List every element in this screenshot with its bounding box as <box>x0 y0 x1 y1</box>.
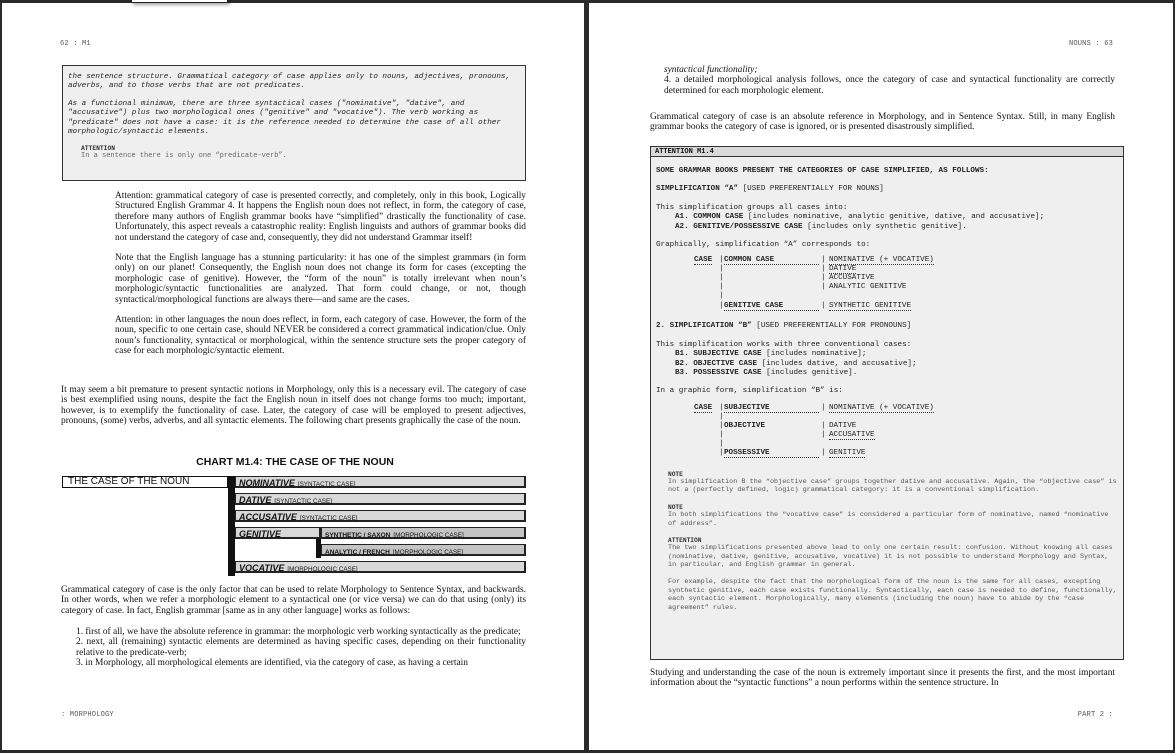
list-item: 4. a detailed morphological analysis fol… <box>664 75 1115 96</box>
graph-group: SUBJECTIVE <box>724 404 819 413</box>
continued-note-box: the sentence structure. Grammatical cate… <box>62 65 526 181</box>
graph-group: POSSESSIVE <box>724 449 819 458</box>
case-tag: [MORPHOLOGIC CASE] <box>287 566 357 573</box>
simplification-a-graph-lead: Graphically, simplification “A” correspo… <box>651 241 1123 250</box>
attention-box-title: ATTENTION M1.4 <box>651 147 1123 157</box>
graph-member: ACCUSATIVE <box>829 274 875 282</box>
attention-heading: ATTENTION <box>651 537 1123 544</box>
case-box-accusative: ACCUSATIVE[SYNTACTIC CASE] <box>235 510 526 522</box>
graph-group: COMMON CASE <box>724 256 819 265</box>
case-name: SYNTHETIC / SAXON <box>325 532 390 539</box>
item-desc: [includes nominative, analytic genitive,… <box>748 213 1044 221</box>
case-tag: [SYNTACTIC CASE] <box>300 515 358 522</box>
item-desc: [includes nominative]; <box>766 350 866 358</box>
page-header: NOUNS : 63 <box>1069 40 1113 48</box>
case-box-genitive: GENITIVE <box>235 527 321 539</box>
list-item-continued: syntactical functionality; <box>664 65 1115 75</box>
indent-paragraph: Note that the English language has a stu… <box>115 253 526 305</box>
case-name: NOMINATIVE <box>239 478 295 488</box>
page-header: 62 : M1 <box>60 40 91 48</box>
simplification-b-note: [USED PREFERENTIALLY FOR PRONOUNS] <box>756 322 911 330</box>
chart-root-box: THE CASE OF THE NOUN <box>62 476 228 488</box>
case-box-vocative: VOCATIVE[MORPHOLOGIC CASE] <box>235 561 526 573</box>
case-box-dative: DATIVE[SYNTACTIC CASE] <box>235 493 526 505</box>
graph-root: CASE <box>694 404 712 413</box>
case-box-nominative: NOMINATIVE[SYNTACTIC CASE] <box>235 476 526 488</box>
example-text: For example, despite the fact that the m… <box>651 578 1123 612</box>
graph-member: SYNTHETIC GENITIVE <box>829 302 911 311</box>
simplification-a-lead: This simplification groups all cases int… <box>651 204 1123 213</box>
simplification-b-lead: This simplification works with three con… <box>651 341 1123 350</box>
item-label: B2. OBJECTIVE CASE <box>675 360 757 368</box>
graph-a: CASE | COMMON CASE | | | | | GENITIVE CA… <box>651 250 1123 322</box>
genitive-subtype-box: SYNTHETIC / SAXON[MORPHOLOGIC CASE] <box>321 527 526 539</box>
note-text: As a functional minimum, there are three… <box>68 100 519 138</box>
list-item: 1. first of all, we have the absolute re… <box>76 627 526 637</box>
item-label: A1. COMMON CASE <box>675 213 743 221</box>
note-heading: NOTE <box>651 504 1123 511</box>
list-item: 3. in Morphology, all morphological elem… <box>76 658 526 668</box>
graph-member: NOMINATIVE (+ VOCATIVE) <box>829 256 934 265</box>
case-name: VOCATIVE <box>239 563 284 573</box>
graph-root: CASE <box>694 256 712 265</box>
item-desc: [includes genitive]. <box>766 369 857 377</box>
graph-member: ANALYTIC GENITIVE <box>829 283 906 291</box>
indent-paragraph: Attention: in other languages the noun d… <box>115 315 526 357</box>
case-tag: [SYNTACTIC CASE] <box>298 481 356 488</box>
item-desc: [includes dative, and accusative]; <box>762 360 917 368</box>
case-name: ACCUSATIVE <box>239 512 297 522</box>
graph-member: ACCUSATIVE <box>829 431 875 440</box>
case-name: DATIVE <box>239 495 271 505</box>
note-text: the sentence structure. Grammatical cate… <box>68 73 519 92</box>
case-name: GENITIVE <box>239 529 281 539</box>
page-footer: : MORPHOLOGY <box>61 711 114 719</box>
attention-heading: ATTENTION <box>81 145 519 152</box>
left-page: 62 : M1 the sentence structure. Grammati… <box>2 3 584 750</box>
graph-group: OBJECTIVE <box>724 422 765 430</box>
note-text: In both simplifications the “vocative ca… <box>651 511 1123 528</box>
simplification-b-heading: 2. SIMPLIFICATION “B” <box>656 322 752 330</box>
body-paragraph: It may seem a bit premature to present s… <box>61 385 526 427</box>
item-label: A2. GENITIVE/POSSESSIVE CASE <box>675 223 803 231</box>
indent-paragraph: Attention: grammatical category of case … <box>115 191 526 243</box>
closing-paragraph: Studying and understanding the case of t… <box>650 668 1115 689</box>
closing-paragraph: Grammatical category of case is the only… <box>61 585 526 616</box>
attention-text: The two simplifications presented above … <box>651 544 1123 570</box>
graph-member: DATIVE <box>829 422 856 430</box>
case-tag: [MORPHOLOGIC CASE] <box>393 549 463 556</box>
chart-connector <box>228 476 235 576</box>
tooltip-popup <box>131 0 228 3</box>
case-name: ANALYTIC / FRENCH <box>325 549 390 556</box>
item-desc: [includes only synthetic genitive]. <box>807 223 967 231</box>
graph-group: GENITIVE CASE <box>724 302 819 311</box>
note-heading: NOTE <box>651 471 1123 478</box>
list-item: 2. next, all (remaining) syntactic eleme… <box>76 637 526 658</box>
case-tag: [MORPHOLOGIC CASE] <box>393 532 463 539</box>
attention-intro: SOME GRAMMAR BOOKS PRESENT THE CATEGORIE… <box>656 167 989 175</box>
page-footer: PART 2 : <box>1078 711 1113 719</box>
graph-b: CASE | SUBJECTIVE | | OBJECTIVE | | | PO… <box>651 397 1123 461</box>
item-label: B3. POSSESSIVE CASE <box>675 369 762 377</box>
item-label: B1. SUBJECTIVE CASE <box>675 350 762 358</box>
note-text: In simplification B the “objective case”… <box>651 478 1123 495</box>
right-page: NOUNS : 63 syntactical functionality; 4.… <box>589 3 1173 750</box>
simplification-a-heading: SIMPLIFICATION “A” <box>656 185 738 193</box>
attention-box: ATTENTION M1.4 SOME GRAMMAR BOOKS PRESEN… <box>650 146 1124 660</box>
graph-member: DATIVE <box>829 265 856 274</box>
graph-member: GENITIVE <box>829 449 865 458</box>
genitive-subtype-box: ANALYTIC / FRENCH[MORPHOLOGIC CASE] <box>321 544 526 556</box>
graph-member: NOMINATIVE (+ VOCATIVE) <box>829 404 934 413</box>
attention-text: In a sentence there is only one “predica… <box>81 152 519 161</box>
chart-title: CHART M1.4: THE CASE OF THE NOUN <box>62 456 528 468</box>
simplification-a-note: [USED PREFERENTIALLY FOR NOUNS] <box>743 185 884 193</box>
body-paragraph: Grammatical category of case is an absol… <box>650 112 1115 133</box>
simplification-b-graph-lead: In a graphic form, simplification “B” is… <box>651 387 1123 396</box>
case-tag: [SYNTACTIC CASE] <box>274 498 332 505</box>
